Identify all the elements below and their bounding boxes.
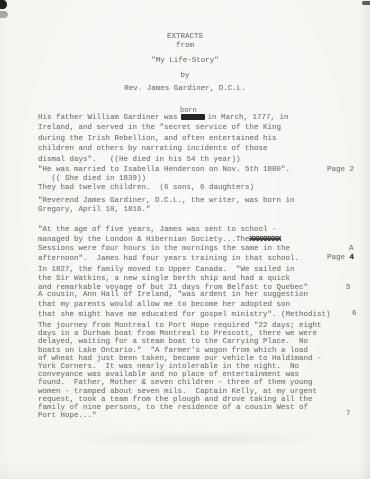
scanned-document-page: EXTRACTS from "My Life-Story" by Rev. Ja… bbox=[0, 0, 370, 479]
text-line: dismal days". ((He died in his 54 th yea… bbox=[38, 155, 289, 165]
text-line: "Reverend James Gardiner, D.C.L., the wr… bbox=[38, 197, 295, 206]
text-line: found. Father, Mother & seven children -… bbox=[38, 379, 322, 387]
text-line: They had twelve children. (6 sons, 6 dau… bbox=[38, 184, 290, 193]
text-line: (( She died in 1839)) bbox=[38, 175, 290, 184]
page-reference-5: 5 bbox=[346, 284, 351, 292]
paragraph-father: bornHis father William Gardiner wasin Ma… bbox=[38, 113, 289, 165]
text-line: boats on Lake Ontario." "A farmer's wago… bbox=[38, 347, 322, 355]
text-line: Ireland, and served in the "secret servi… bbox=[38, 123, 289, 133]
paragraph-marriage: "He was married to Isabella Henderson on… bbox=[38, 166, 290, 193]
text-line: request, took a team from the plough and… bbox=[38, 396, 322, 404]
text-line: children and others by narrating inciden… bbox=[38, 144, 289, 154]
text-line: that she might have me educated for gosp… bbox=[38, 310, 331, 320]
heading-by-label: by bbox=[0, 72, 370, 80]
paragraph-birth: "Reverend James Gardiner, D.C.L., the wr… bbox=[38, 197, 295, 215]
text-line: of wheat had just been taken, became our… bbox=[38, 355, 322, 363]
text-line: "At the age of five years, James was sen… bbox=[38, 226, 299, 236]
page-reference-7: 7 bbox=[346, 410, 351, 418]
page-ref-label: Page bbox=[327, 254, 350, 262]
text-segment: managed by the London & Hibernian Societ… bbox=[38, 236, 250, 244]
text-segment: His father William Gardiner was bbox=[38, 114, 178, 122]
scan-artifact-top-right bbox=[362, 1, 370, 5]
text-line: "He was married to Isabella Henderson on… bbox=[38, 166, 290, 175]
text-line: In 1827, the family moved to Upper Canad… bbox=[38, 266, 308, 275]
text-line: delayed, waiting for a steam boat to the… bbox=[38, 338, 322, 346]
text-line: Sessions were four hours in the mornings… bbox=[38, 245, 299, 255]
author-line: Rev. James Gardiner, D.C.L. bbox=[0, 85, 370, 93]
text-line: bornHis father William Gardiner wasin Ma… bbox=[38, 113, 289, 123]
work-title: "My Life-Story" bbox=[0, 57, 370, 65]
text-line: Port Hope..." bbox=[38, 412, 322, 420]
paragraph-journey: The journey from Montreal to Port Hope r… bbox=[38, 322, 322, 420]
text-line: A cousin, Ann Hall of Ireland, "was arde… bbox=[38, 290, 331, 300]
paragraph-school: "At the age of five years, James was sen… bbox=[38, 226, 299, 264]
text-line: afternoon". James had four years trainin… bbox=[38, 255, 299, 265]
text-segment: in March, 1777, in bbox=[208, 114, 289, 122]
heading-from-label: from bbox=[0, 42, 370, 50]
page-reference-4: Page 4 bbox=[327, 254, 354, 262]
text-line: the Sir Watkins, a new single berth ship… bbox=[38, 275, 308, 284]
scan-smudge bbox=[55, 430, 335, 448]
scan-artifact-top-left bbox=[0, 0, 7, 9]
text-line: during the Irish Rebellion, and often en… bbox=[38, 134, 289, 144]
text-line: women - tramped about seven mils. Captai… bbox=[38, 388, 322, 396]
scan-artifact-top-left-2 bbox=[0, 11, 8, 18]
text-line: family of nine persons, to the residence… bbox=[38, 404, 322, 412]
document-heading: EXTRACTS bbox=[0, 33, 370, 41]
text-line: York Corners. It was nearly intolerable … bbox=[38, 363, 322, 371]
text-line: The journey from Montreal to Port Hope r… bbox=[38, 322, 322, 330]
page-reference-2: Page 2 bbox=[327, 166, 354, 174]
page-reference-6: 6 bbox=[352, 310, 357, 318]
page-ref-number: 4 bbox=[350, 254, 355, 262]
margin-letter-a: A bbox=[349, 245, 354, 253]
text-line: managed by the London & Hibernian Societ… bbox=[38, 236, 299, 246]
paragraph-cousin: A cousin, Ann Hall of Ireland, "was arde… bbox=[38, 290, 331, 320]
text-line: that my parents would allow me to become… bbox=[38, 300, 331, 310]
paragraph-voyage: In 1827, the family moved to Upper Canad… bbox=[38, 266, 308, 293]
typed-correction-born: born bbox=[180, 106, 197, 116]
text-line: Gregory, April 10, 1816." bbox=[38, 206, 295, 215]
overstruck-text: XXXXXXXX bbox=[250, 236, 281, 244]
